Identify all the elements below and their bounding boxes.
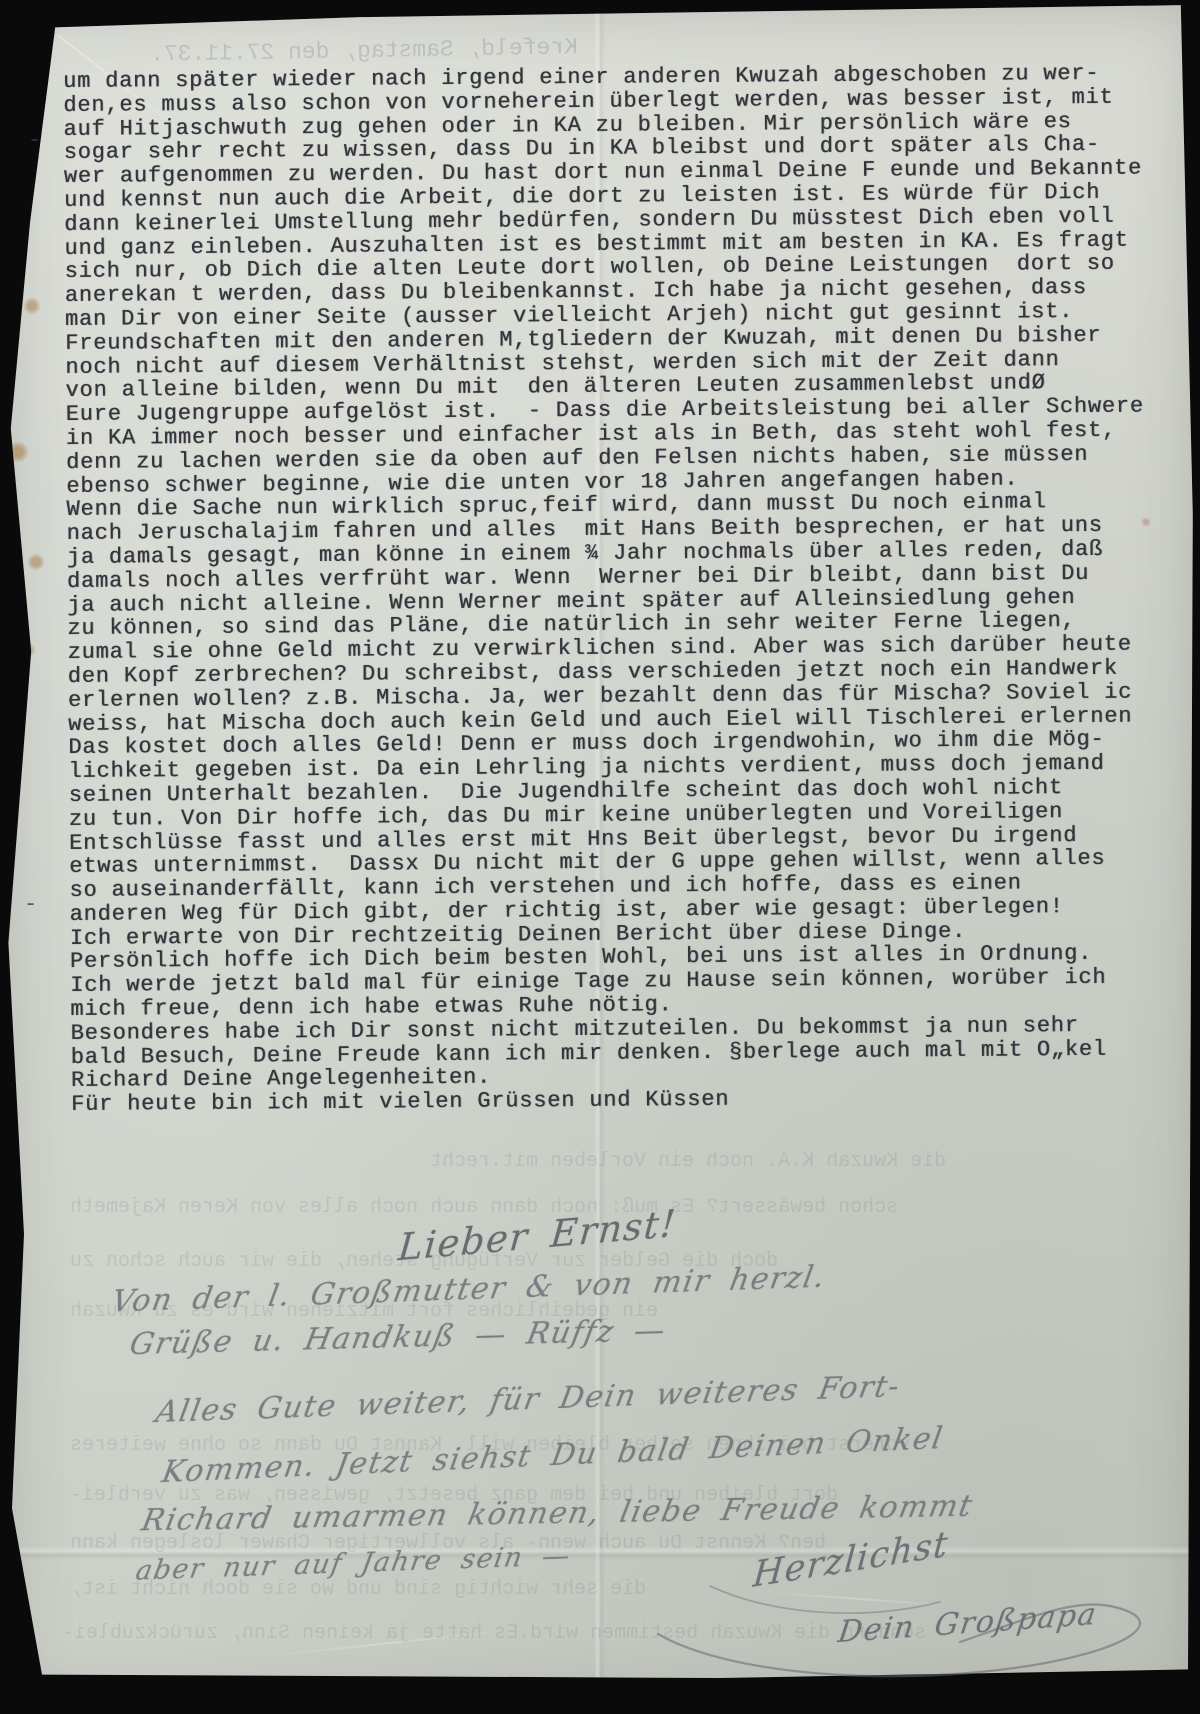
bleedthrough-line: schon bewässert? Es muß: noch dann auch …	[70, 1196, 898, 1219]
bleedthrough-line: die Kwuzah K.A. noch ein Vorleben mit.re…	[430, 1150, 946, 1173]
scanned-letter-page: Krefeld, Samstag, den 27.11.37. die Kwuz…	[0, 0, 1200, 1714]
typed-letter-body: um dann später wieder nach irgend einer …	[63, 62, 1149, 1117]
wrinkle-line	[760, 1591, 960, 1607]
margin-dash: -	[24, 892, 37, 917]
margin-dash: -	[28, 128, 41, 153]
bleedthrough-line: sondern die Kwuzah bestimmen wird.Es hat…	[62, 1622, 926, 1645]
